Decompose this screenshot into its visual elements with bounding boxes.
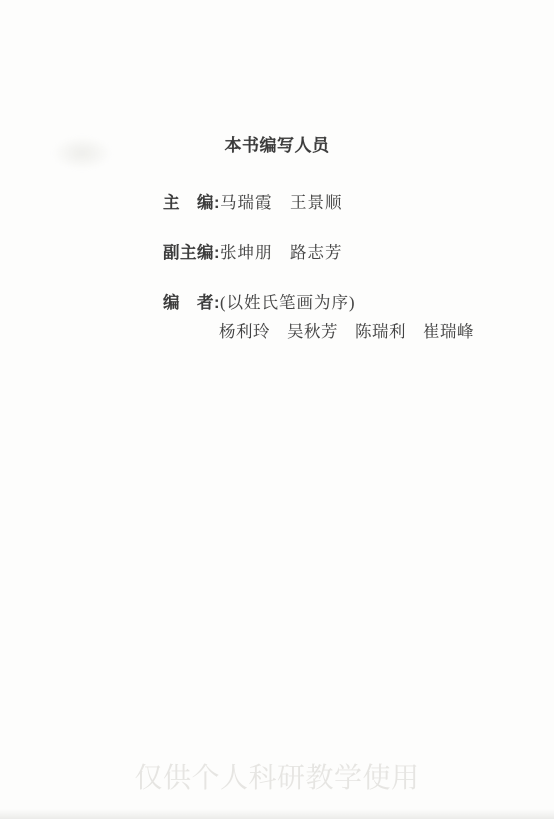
- editors-names: 杨利玲 吴秋芳 陈瑞利 崔瑞峰: [219, 323, 474, 341]
- chief-editor-label: 主 编:: [163, 194, 220, 212]
- deputy-editor-names: 张坤朋 路志芳: [220, 243, 343, 262]
- deputy-editor-label: 副主编:: [163, 244, 220, 262]
- credit-line-deputy-editor: 副主编:张坤朋 路志芳: [163, 244, 343, 262]
- credit-line-chief-editor: 主 编:马瑞霞 王景顺: [163, 194, 343, 212]
- page-title: 本书编写人员: [0, 137, 554, 156]
- usage-watermark: 仅供个人科研教学使用: [0, 764, 554, 795]
- credit-line-editors: 编 者:(以姓氏笔画为序): [163, 294, 356, 312]
- editors-sort-note: (以姓氏笔画为序): [220, 293, 356, 312]
- book-credits-page: 本书编写人员 主 编:马瑞霞 王景顺 副主编:张坤朋 路志芳 编 者:(以姓氏笔…: [0, 0, 554, 819]
- chief-editor-names: 马瑞霞 王景顺: [220, 193, 343, 212]
- editors-label: 编 者:: [163, 294, 220, 312]
- page-bottom-shadow: [0, 809, 554, 819]
